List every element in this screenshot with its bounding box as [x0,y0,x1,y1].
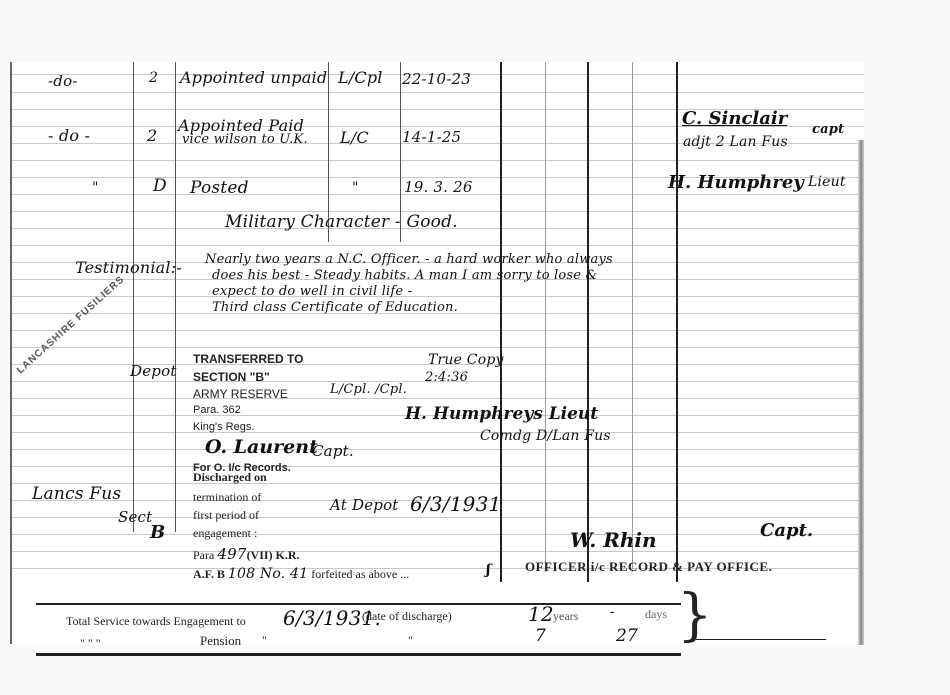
ruled-line [12,483,864,484]
true-copy-date: 2:4:36 [425,370,468,385]
true-copy-title: Comdg D/Lan Fus [480,428,611,444]
discharge-stamp-line: Discharged on [193,470,267,485]
capt-signature: Capt. [760,520,813,541]
ruled-line [12,347,864,348]
row1-regiment: -do- [48,72,78,90]
footer-service-label: Total Service towards Engagement to [66,614,246,629]
left-note-section-letter: B [150,522,165,543]
lieut-rank: Lieut [808,174,846,190]
adjutant-rank: capt [812,122,844,137]
row1-rank: L/Cpl [338,68,383,87]
footer-years-value: 12 [528,602,554,626]
adjutant-signature: C. Sinclair [682,108,787,129]
row1-date: 22-10-23 [402,70,471,88]
row2-event-line2: vice wilson to U.K. [182,132,308,147]
footer-right-rule [696,639,826,640]
depot-note: Depot [130,362,177,380]
footer-bottom-rule [36,653,681,656]
ruled-line [12,245,864,246]
officer-signature: W. Rhin [570,528,657,552]
transfer-rank: L/Cpl. /Cpl. [330,382,407,397]
testimonial-line: Third class Certificate of Education. [212,300,458,315]
discharge-para-suffix: (VII) K.R. [247,548,300,562]
adjutant-title: adjt 2 Lan Fus [683,134,788,150]
row2-rank: L/C [340,128,369,147]
row3-date: 19. 3. 26 [404,178,473,196]
transfer-stamp-line: SECTION "B" [193,370,270,384]
column-rule [133,62,134,532]
testimonial-label: Testimonial:- [75,258,182,277]
row1-event: Appointed unpaid [180,68,327,87]
row2-regiment: - do - [48,126,90,145]
paper-edge-shadow [858,140,864,645]
discharge-af-line: A.F. B 108 No. 41 forfeited as above ... [193,566,409,582]
discharge-date: 6/3/1931 [410,492,501,516]
footer-days-label: days [645,607,667,622]
footer-pension-ditto-2: " [408,633,413,648]
column-rule [632,62,633,572]
discharge-place: At Depot [330,496,399,514]
column-rule [545,62,546,572]
transfer-stamp-line: King's Regs. [193,421,254,433]
footer-pension-years: 7 [535,626,546,646]
ruled-line [12,398,864,399]
footer-years-label: years [553,609,578,624]
transfer-officer-signature: O. Laurent [205,436,318,458]
footer-pension-days: 27 [616,626,638,646]
left-note-regiment: Lancs Fus [32,484,121,504]
ruled-line [12,92,864,93]
row3-battalion: D [153,176,167,196]
row2-date: 14-1-25 [402,128,461,146]
discharge-para-number: 497 [217,545,246,563]
ruled-line [12,432,864,433]
row1-battalion: 2 [149,70,158,86]
record-office-stamp: OFFICER i/c RECORD & PAY OFFICE. [525,559,772,575]
discharge-stamp-line: engagement : [193,526,257,541]
footer-brace: } [677,588,713,644]
column-rule [676,62,678,582]
ruled-line [12,330,864,331]
ruled-line [12,296,864,297]
true-copy-signature: H. Humphreys Lieut [405,404,598,424]
footer-top-rule [36,603,681,605]
transfer-stamp-line: ARMY RESERVE [193,387,288,401]
af-number: 108 No. 41 [228,566,308,582]
af-prefix: A.F. B [193,567,225,581]
af-suffix: forfeited as above ... [311,567,409,581]
row3-event: Posted [190,178,249,198]
column-rule [587,62,589,582]
footer-pension-ditto: " [262,633,267,648]
military-character: Military Character - Good. [225,212,458,232]
ruled-line [12,466,864,467]
row3-rank: " [352,180,359,196]
row3-regiment: " [92,180,99,196]
transfer-officer-rank: Capt. [312,442,354,460]
footer-days-value: - [610,604,615,620]
discharge-para-prefix: Para [193,548,214,562]
transfer-stamp-line: TRANSFERRED TO [193,352,303,366]
transfer-stamp-line: Para. 362 [193,404,241,416]
true-copy-label: True Copy [428,352,504,368]
footer-pension-label: Pension [200,633,241,649]
discharge-para-line: Para 497(VII) K.R. [193,545,300,563]
testimonial-line: does his best - Steady habits. A man I a… [212,268,597,283]
ruled-line [12,551,864,552]
row2-battalion: 2 [147,126,157,145]
discharge-stamp-line: first period of [193,508,259,523]
ruled-line [12,534,864,535]
ruled-line [12,449,864,450]
initial-mark: ʃ [486,562,491,578]
discharge-stamp-line: termination of [193,490,261,505]
column-rule [175,62,176,532]
left-note-section: Sect [118,508,152,526]
lieut-signature: H. Humphrey [668,172,804,193]
footer-date-of-discharge: (date of discharge) [362,609,452,624]
footer-ditto-marks: " " " [80,636,101,651]
ruled-line [12,160,864,161]
testimonial-line: expect to do well in civil life - [212,284,412,299]
testimonial-line: Nearly two years a N.C. Officer. - a har… [205,252,613,267]
